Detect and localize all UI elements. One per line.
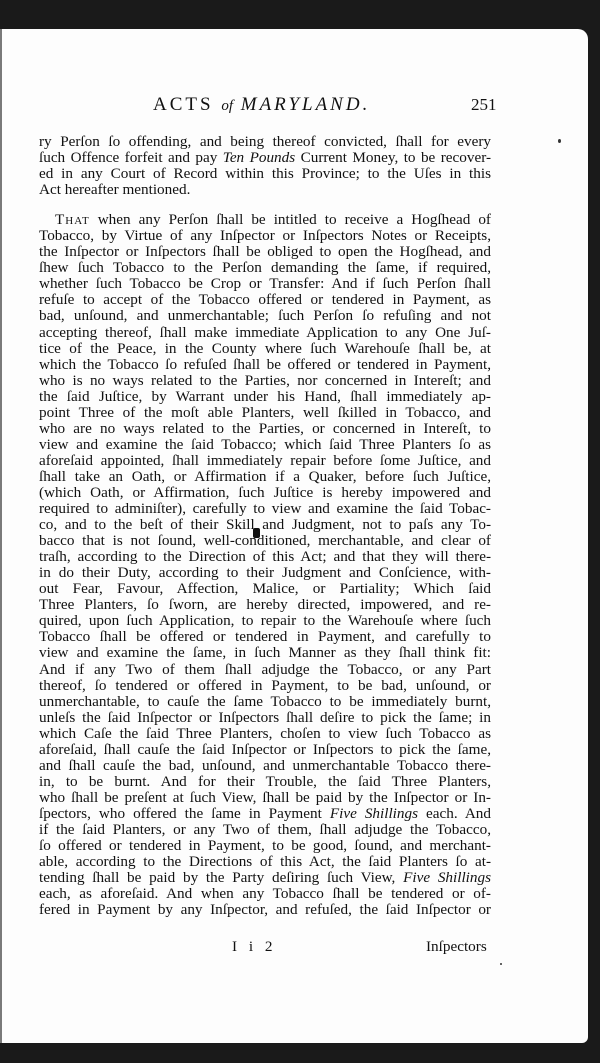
line-text: the ſaid Juſtice, by Warrant under his H… xyxy=(39,388,491,405)
line-text: which the Tobacco ſo refuſed ſhall be of… xyxy=(39,356,491,373)
paragraph-line: fered in Payment by any Inſpector, and r… xyxy=(39,902,491,918)
line-text: view and examine the ſame, in ſuch Manne… xyxy=(39,644,491,661)
paragraph-line: in do their Duty, according to their Jud… xyxy=(39,565,491,581)
running-head-title: ACTS of MARYLAND. xyxy=(153,94,370,116)
line-text: ſuch Offence forfeit and pay xyxy=(39,149,223,166)
line-text: ſpectors, who offered the ſame in Paymen… xyxy=(39,805,330,822)
head-title-state: MARYLAND. xyxy=(241,94,371,115)
line-text: tice of the Peace, in the County where ſ… xyxy=(39,340,491,357)
line-text: ed in any Court of Record within this Pr… xyxy=(39,165,491,182)
paragraph-line: unleſs the ſaid Inſpector or Inſpectors … xyxy=(39,710,491,726)
line-text: aforeſaid appointed, ſhall immediately r… xyxy=(39,452,491,469)
paragraph-line: aforeſaid, ſhall cauſe the ſaid Inſpecto… xyxy=(39,742,491,758)
italic-phrase: Five Shillings xyxy=(330,805,418,822)
line-text: Current Money, to be recover- xyxy=(295,149,491,166)
paragraph-line: And if any Two of them ſhall adjudge the… xyxy=(39,662,491,678)
paragraph-line: accepting thereof, ſhall make immediate … xyxy=(39,325,491,341)
line-text: traſh, according to the Direction of thi… xyxy=(39,548,491,565)
paragraph-line: bacco that is not ſound, well-conditione… xyxy=(39,533,491,549)
line-text: point Three of the moſt able Planters, w… xyxy=(39,404,491,421)
paragraph-line: who ſhall be preſent at ſuch View, ſhall… xyxy=(39,790,491,806)
page-number: 251 xyxy=(471,95,497,115)
paragraph-line: and ſhall cauſe the bad, unſound, and un… xyxy=(39,758,491,774)
paragraph-line: out Fear, Favour, Affection, Malice, or … xyxy=(39,581,491,597)
line-text: refuſe to accept of the Tobacco offered … xyxy=(39,291,491,308)
paragraph-line: co, and to the beſt of their Skill and J… xyxy=(39,517,491,533)
paragraph-line: ſhall take an Oath, or Affirmation if a … xyxy=(39,469,491,485)
paragraph-line: whether ſuch Tobacco be Crop or Transfer… xyxy=(39,276,491,292)
paragraph-line: view and examine the ſaid Tobacco; which… xyxy=(39,437,491,453)
paragraph-line: which the Tobacco ſo refuſed ſhall be of… xyxy=(39,357,491,373)
italic-phrase: Ten Pounds xyxy=(223,149,295,166)
paragraph-line: thereof, ſo tendered or offered in Payme… xyxy=(39,678,491,694)
line-text: bad, unſound, and unmerchantable; ſuch P… xyxy=(39,307,491,324)
continuation-line: ed in any Court of Record within this Pr… xyxy=(39,166,491,182)
body-text: ry Perſon ſo offending, and being thereo… xyxy=(39,134,491,918)
line-text: unleſs the ſaid Inſpector or Inſpectors … xyxy=(39,709,491,726)
paragraph-gap xyxy=(39,198,491,212)
paragraph-line: Tobacco, by Virtue of any Inſpector or I… xyxy=(39,228,491,244)
ink-blot xyxy=(253,528,260,538)
paragraph-line: ſhew ſuch Tobacco to the Perſon demandin… xyxy=(39,260,491,276)
paragraph-line: in, to be burnt. And for their Trouble, … xyxy=(39,774,491,790)
line-text: view and examine the ſaid Tobacco; which… xyxy=(39,436,491,453)
line-text: Act hereafter mentioned. xyxy=(39,181,190,198)
paragraph-line: required to adminiſter), carefully to vi… xyxy=(39,501,491,517)
line-text: And if any Two of them ſhall adjudge the… xyxy=(39,661,491,678)
line-text: fered in Payment by any Inſpector, and r… xyxy=(39,901,491,918)
line-text: quired, upon ſuch Application, to repair… xyxy=(39,612,491,629)
catchword: Inſpectors xyxy=(426,938,487,956)
paragraph-line: able, according to the Directions of thi… xyxy=(39,854,491,870)
line-text: bacco that is not ſound, well-conditione… xyxy=(39,532,491,549)
italic-phrase: Five Shillings xyxy=(403,869,491,886)
line-text: thereof, ſo tendered or offered in Payme… xyxy=(39,677,491,694)
paragraph-line: each, as aforeſaid. And when any Tobacco… xyxy=(39,886,491,902)
paragraph-line: quired, upon ſuch Application, to repair… xyxy=(39,613,491,629)
line-text: co, and to the beſt of their Skill and J… xyxy=(39,516,491,533)
line-text: ſhall take an Oath, or Affirmation if a … xyxy=(39,468,491,485)
paragraph-first-line-text: when any Perſon ſhall be intitled to rec… xyxy=(90,211,491,228)
line-text: and ſhall cauſe the bad, unſound, and un… xyxy=(39,757,491,774)
paragraph-block: That when any Perſon ſhall be intitled t… xyxy=(39,212,491,918)
head-title-prefix: ACTS xyxy=(153,94,214,115)
paragraph-line: who are no ways related to the Parties, … xyxy=(39,421,491,437)
continuation-line: ſuch Offence forfeit and pay Ten Pounds … xyxy=(39,150,491,166)
paragraph-line: Tobacco ſhall be offered or tendered in … xyxy=(39,629,491,645)
paragraph-line: the Inſpector or Inſpectors ſhall be obl… xyxy=(39,244,491,260)
line-text: whether ſuch Tobacco be Crop or Transfer… xyxy=(39,275,491,292)
line-text: in do their Duty, according to their Jud… xyxy=(39,564,491,581)
line-text: which Caſe the ſaid Three Planters, choſ… xyxy=(39,725,491,742)
line-text: able, according to the Directions of thi… xyxy=(39,853,491,870)
line-text: (which Oath, or Affirmation, ſuch Juſtic… xyxy=(39,484,491,501)
paragraph-line: refuſe to accept of the Tobacco offered … xyxy=(39,292,491,308)
line-text: accepting thereof, ſhall make immediate … xyxy=(39,324,491,341)
paragraph-line: view and examine the ſame, in ſuch Manne… xyxy=(39,645,491,661)
line-text: Tobacco ſhall be offered or tendered in … xyxy=(39,628,491,645)
line-text: out Fear, Favour, Affection, Malice, or … xyxy=(39,580,491,597)
line-text: Tobacco, by Virtue of any Inſpector or I… xyxy=(39,227,491,244)
line-text: each, as aforeſaid. And when any Tobacco… xyxy=(39,885,491,902)
line-text: the Inſpector or Inſpectors ſhall be obl… xyxy=(39,243,491,260)
head-title-of: of xyxy=(221,98,233,114)
paragraph-first-line: That when any Perſon ſhall be intitled t… xyxy=(39,212,491,228)
line-text: each. And xyxy=(418,805,491,822)
line-text: required to adminiſter), carefully to vi… xyxy=(39,500,491,517)
line-text: in, to be burnt. And for their Trouble, … xyxy=(39,773,491,790)
line-text: aforeſaid, ſhall cauſe the ſaid Inſpecto… xyxy=(39,741,491,758)
continuation-block: ry Perſon ſo offending, and being thereo… xyxy=(39,134,491,198)
paragraph-line: point Three of the moſt able Planters, w… xyxy=(39,405,491,421)
line-text: who ſhall be preſent at ſuch View, ſhall… xyxy=(39,789,491,806)
paragraph-line: Three Planters, ſo ſworn, are hereby dir… xyxy=(39,597,491,613)
line-text: ry Perſon ſo offending, and being thereo… xyxy=(39,133,491,150)
running-head: ACTS of MARYLAND. 251 xyxy=(0,94,600,118)
page-footer: I i 2 Inſpectors xyxy=(0,938,600,958)
signature-mark: I i 2 xyxy=(232,938,276,956)
paragraph-line: who is no ways related to the Parties, n… xyxy=(39,373,491,389)
paragraph-line: ſpectors, who offered the ſame in Paymen… xyxy=(39,806,491,822)
line-text: ſo offered or tendered in Payment, to be… xyxy=(39,837,491,854)
line-text: who are no ways related to the Parties, … xyxy=(39,420,491,437)
scan-speck xyxy=(500,963,502,965)
paragraph-line: if the ſaid Planters, or any Two of them… xyxy=(39,822,491,838)
paragraph-line: unmerchantable, to cauſe the ſame Tobacc… xyxy=(39,694,491,710)
paragraph-line: traſh, according to the Direction of thi… xyxy=(39,549,491,565)
paragraph-line: tending ſhall be paid by the Party deſir… xyxy=(39,870,491,886)
paragraph-line: tice of the Peace, in the County where ſ… xyxy=(39,341,491,357)
continuation-line: ry Perſon ſo offending, and being thereo… xyxy=(39,134,491,150)
line-text: Three Planters, ſo ſworn, are hereby dir… xyxy=(39,596,491,613)
paragraph-line: bad, unſound, and unmerchantable; ſuch P… xyxy=(39,308,491,324)
scan-speck xyxy=(558,139,561,143)
line-text: ſhew ſuch Tobacco to the Perſon demandin… xyxy=(39,259,491,276)
paragraph-line: aforeſaid appointed, ſhall immediately r… xyxy=(39,453,491,469)
paragraph-line: (which Oath, or Affirmation, ſuch Juſtic… xyxy=(39,485,491,501)
paragraph-line: which Caſe the ſaid Three Planters, choſ… xyxy=(39,726,491,742)
line-text: if the ſaid Planters, or any Two of them… xyxy=(39,821,491,838)
continuation-line: Act hereafter mentioned. xyxy=(39,182,491,198)
paragraph-opening-word: That xyxy=(55,211,90,228)
paragraph-line: ſo offered or tendered in Payment, to be… xyxy=(39,838,491,854)
paragraph-line: the ſaid Juſtice, by Warrant under his H… xyxy=(39,389,491,405)
line-text: tending ſhall be paid by the Party deſir… xyxy=(39,869,403,886)
line-text: who is no ways related to the Parties, n… xyxy=(39,372,491,389)
line-text: unmerchantable, to cauſe the ſame Tobacc… xyxy=(39,693,491,710)
